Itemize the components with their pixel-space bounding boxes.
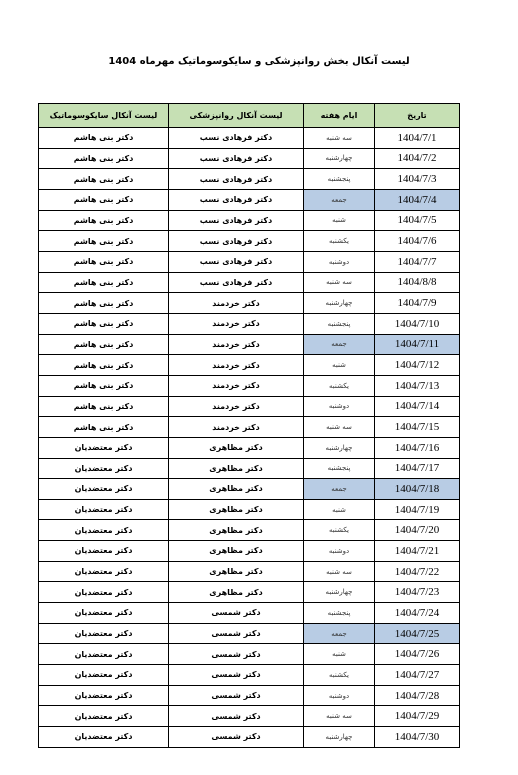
psychiatry-doctor-cell: دکتر مظاهری [169,437,304,458]
date-cell: 1404/7/3 [375,169,460,190]
table-row: 1404/7/30چهارشنبهدکتر شمسیدکتر معتضدیان [39,727,460,748]
table-row: 1404/7/17پنجشنبهدکتر مظاهریدکتر معتضدیان [39,458,460,479]
table-row: 1404/7/11جمعهدکتر خردمنددکتر بنی هاشم [39,334,460,355]
psychiatry-doctor-cell: دکتر شمسی [169,685,304,706]
psychiatry-doctor-cell: دکتر مظاهری [169,499,304,520]
psychosomatic-doctor-cell: دکتر بنی هاشم [39,293,169,314]
date-cell: 1404/7/27 [375,665,460,686]
psychosomatic-doctor-cell: دکتر معتضدیان [39,603,169,624]
date-cell: 1404/7/30 [375,727,460,748]
psychiatry-doctor-cell: دکتر شمسی [169,644,304,665]
psychiatry-doctor-cell: دکتر شمسی [169,603,304,624]
table-row: 1404/7/16چهارشنبهدکتر مظاهریدکتر معتضدیا… [39,437,460,458]
weekday-cell: یکشنبه [304,665,375,686]
weekday-cell: چهارشنبه [304,148,375,169]
weekday-cell: سه شنبه [304,272,375,293]
psychosomatic-doctor-cell: دکتر معتضدیان [39,582,169,603]
date-cell: 1404/7/2 [375,148,460,169]
weekday-cell: پنجشنبه [304,169,375,190]
psychiatry-doctor-cell: دکتر فرهادی نسب [169,189,304,210]
date-cell: 1404/7/21 [375,541,460,562]
date-cell: 1404/7/12 [375,355,460,376]
weekday-cell: شنبه [304,644,375,665]
psychiatry-doctor-cell: دکتر فرهادی نسب [169,251,304,272]
psychosomatic-doctor-cell: دکتر معتضدیان [39,561,169,582]
psychosomatic-doctor-cell: دکتر بنی هاشم [39,128,169,149]
psychiatry-doctor-cell: دکتر شمسی [169,706,304,727]
header-weekday: ایام هفته [304,104,375,128]
table-row: 1404/7/26شنبهدکتر شمسیدکتر معتضدیان [39,644,460,665]
weekday-cell: یکشنبه [304,231,375,252]
psychosomatic-doctor-cell: دکتر بنی هاشم [39,148,169,169]
psychosomatic-doctor-cell: دکتر بنی هاشم [39,334,169,355]
psychiatry-doctor-cell: دکتر مظاهری [169,582,304,603]
psychosomatic-doctor-cell: دکتر معتضدیان [39,458,169,479]
date-cell: 1404/7/13 [375,375,460,396]
date-cell: 1404/7/22 [375,561,460,582]
table-row: 1404/8/8سه شنبهدکتر فرهادی نسبدکتر بنی ه… [39,272,460,293]
date-cell: 1404/7/26 [375,644,460,665]
date-cell: 1404/7/5 [375,210,460,231]
date-cell: 1404/7/19 [375,499,460,520]
psychiatry-doctor-cell: دکتر مظاهری [169,458,304,479]
date-cell: 1404/7/15 [375,417,460,438]
psychosomatic-doctor-cell: دکتر معتضدیان [39,623,169,644]
psychiatry-doctor-cell: دکتر فرهادی نسب [169,231,304,252]
psychiatry-doctor-cell: دکتر خردمند [169,293,304,314]
psychosomatic-doctor-cell: دکتر بنی هاشم [39,231,169,252]
psychiatry-doctor-cell: دکتر مظاهری [169,479,304,500]
weekday-cell: دوشنبه [304,685,375,706]
table-row: 1404/7/24پنجشنبهدکتر شمسیدکتر معتضدیان [39,603,460,624]
psychosomatic-doctor-cell: دکتر معتضدیان [39,520,169,541]
weekday-cell: جمعه [304,189,375,210]
psychosomatic-doctor-cell: دکتر بنی هاشم [39,272,169,293]
date-cell: 1404/7/14 [375,396,460,417]
psychosomatic-doctor-cell: دکتر معتضدیان [39,644,169,665]
weekday-cell: شنبه [304,210,375,231]
psychosomatic-doctor-cell: دکتر بنی هاشم [39,210,169,231]
weekday-cell: سه شنبه [304,706,375,727]
psychosomatic-doctor-cell: دکتر معتضدیان [39,541,169,562]
table-row: 1404/7/15سه شنبهدکتر خردمنددکتر بنی هاشم [39,417,460,438]
psychosomatic-doctor-cell: دکتر بنی هاشم [39,251,169,272]
table-row: 1404/7/9چهارشنبهدکتر خردمنددکتر بنی هاشم [39,293,460,314]
table-row: 1404/7/20یکشنبهدکتر مظاهریدکتر معتضدیان [39,520,460,541]
date-cell: 1404/7/7 [375,251,460,272]
psychosomatic-doctor-cell: دکتر معتضدیان [39,706,169,727]
table-row: 1404/7/1سه شنبهدکتر فرهادی نسبدکتر بنی ه… [39,128,460,149]
table-row: 1404/7/29سه شنبهدکتر شمسیدکتر معتضدیان [39,706,460,727]
header-date: تاریخ [375,104,460,128]
date-cell: 1404/7/23 [375,582,460,603]
psychiatry-doctor-cell: دکتر خردمند [169,396,304,417]
page-title: لیست آنکال بخش روانپزشکی و سایکوسوماتیک … [0,55,518,69]
table-row: 1404/7/12شنبهدکتر خردمنددکتر بنی هاشم [39,355,460,376]
date-cell: 1404/7/4 [375,189,460,210]
psychiatry-doctor-cell: دکتر فرهادی نسب [169,128,304,149]
table-row: 1404/7/21دوشنبهدکتر مظاهریدکتر معتضدیان [39,541,460,562]
psychosomatic-doctor-cell: دکتر معتضدیان [39,665,169,686]
date-cell: 1404/7/28 [375,685,460,706]
psychosomatic-doctor-cell: دکتر معتضدیان [39,499,169,520]
weekday-cell: جمعه [304,623,375,644]
weekday-cell: سه شنبه [304,417,375,438]
date-cell: 1404/7/16 [375,437,460,458]
table-row: 1404/7/22سه شنبهدکتر مظاهریدکتر معتضدیان [39,561,460,582]
table-row: 1404/7/25جمعهدکتر شمسیدکتر معتضدیان [39,623,460,644]
weekday-cell: سه شنبه [304,128,375,149]
psychosomatic-doctor-cell: دکتر بنی هاشم [39,375,169,396]
date-cell: 1404/7/20 [375,520,460,541]
psychiatry-doctor-cell: دکتر خردمند [169,334,304,355]
weekday-cell: دوشنبه [304,396,375,417]
psychiatry-doctor-cell: دکتر خردمند [169,375,304,396]
table-row: 1404/7/3پنجشنبهدکتر فرهادی نسبدکتر بنی ه… [39,169,460,190]
table-row: 1404/7/2چهارشنبهدکتر فرهادی نسبدکتر بنی … [39,148,460,169]
psychosomatic-doctor-cell: دکتر معتضدیان [39,479,169,500]
psychiatry-doctor-cell: دکتر خردمند [169,313,304,334]
date-cell: 1404/7/17 [375,458,460,479]
weekday-cell: سه شنبه [304,561,375,582]
psychosomatic-doctor-cell: دکتر بنی هاشم [39,417,169,438]
psychiatry-doctor-cell: دکتر مظاهری [169,520,304,541]
weekday-cell: یکشنبه [304,520,375,541]
table-header-row: تاریخ ایام هفته لیست آنکال روانپزشکی لیس… [39,104,460,128]
date-cell: 1404/7/25 [375,623,460,644]
date-cell: 1404/7/10 [375,313,460,334]
psychosomatic-doctor-cell: دکتر بنی هاشم [39,396,169,417]
psychosomatic-doctor-cell: دکتر معتضدیان [39,685,169,706]
psychiatry-doctor-cell: دکتر فرهادی نسب [169,210,304,231]
table-row: 1404/7/18جمعهدکتر مظاهریدکتر معتضدیان [39,479,460,500]
psychosomatic-doctor-cell: دکتر بنی هاشم [39,355,169,376]
weekday-cell: چهارشنبه [304,727,375,748]
table-row: 1404/7/6یکشنبهدکتر فرهادی نسبدکتر بنی ها… [39,231,460,252]
weekday-cell: شنبه [304,499,375,520]
weekday-cell: یکشنبه [304,375,375,396]
table-row: 1404/7/4جمعهدکتر فرهادی نسبدکتر بنی هاشم [39,189,460,210]
table-row: 1404/7/7دوشنبهدکتر فرهادی نسبدکتر بنی ها… [39,251,460,272]
header-psychiatry-oncall: لیست آنکال روانپزشکی [169,104,304,128]
oncall-schedule-table: تاریخ ایام هفته لیست آنکال روانپزشکی لیس… [38,103,460,748]
weekday-cell: چهارشنبه [304,293,375,314]
table-row: 1404/7/13یکشنبهدکتر خردمنددکتر بنی هاشم [39,375,460,396]
psychiatry-doctor-cell: دکتر مظاهری [169,541,304,562]
psychiatry-doctor-cell: دکتر فرهادی نسب [169,272,304,293]
table-body: 1404/7/1سه شنبهدکتر فرهادی نسبدکتر بنی ه… [39,128,460,748]
psychiatry-doctor-cell: دکتر شمسی [169,623,304,644]
psychosomatic-doctor-cell: دکتر معتضدیان [39,437,169,458]
date-cell: 1404/7/1 [375,128,460,149]
table-row: 1404/7/14دوشنبهدکتر خردمنددکتر بنی هاشم [39,396,460,417]
weekday-cell: پنجشنبه [304,603,375,624]
psychosomatic-doctor-cell: دکتر بنی هاشم [39,169,169,190]
date-cell: 1404/7/24 [375,603,460,624]
psychosomatic-doctor-cell: دکتر بنی هاشم [39,313,169,334]
psychosomatic-doctor-cell: دکتر معتضدیان [39,727,169,748]
date-cell: 1404/7/18 [375,479,460,500]
header-psychosomatic-oncall: لیست آنکال سایکوسوماتیک [39,104,169,128]
weekday-cell: پنجشنبه [304,313,375,334]
weekday-cell: پنجشنبه [304,458,375,479]
table-row: 1404/7/19شنبهدکتر مظاهریدکتر معتضدیان [39,499,460,520]
psychiatry-doctor-cell: دکتر فرهادی نسب [169,169,304,190]
psychiatry-doctor-cell: دکتر شمسی [169,727,304,748]
weekday-cell: چهارشنبه [304,582,375,603]
psychiatry-doctor-cell: دکتر شمسی [169,665,304,686]
psychiatry-doctor-cell: دکتر فرهادی نسب [169,148,304,169]
date-cell: 1404/7/6 [375,231,460,252]
weekday-cell: جمعه [304,334,375,355]
weekday-cell: دوشنبه [304,251,375,272]
weekday-cell: شنبه [304,355,375,376]
table-row: 1404/7/27یکشنبهدکتر شمسیدکتر معتضدیان [39,665,460,686]
table-row: 1404/7/23چهارشنبهدکتر مظاهریدکتر معتضدیا… [39,582,460,603]
date-cell: 1404/7/29 [375,706,460,727]
date-cell: 1404/8/8 [375,272,460,293]
psychiatry-doctor-cell: دکتر مظاهری [169,561,304,582]
table-row: 1404/7/5شنبهدکتر فرهادی نسبدکتر بنی هاشم [39,210,460,231]
weekday-cell: جمعه [304,479,375,500]
psychiatry-doctor-cell: دکتر خردمند [169,417,304,438]
weekday-cell: چهارشنبه [304,437,375,458]
date-cell: 1404/7/9 [375,293,460,314]
weekday-cell: دوشنبه [304,541,375,562]
psychiatry-doctor-cell: دکتر خردمند [169,355,304,376]
table-row: 1404/7/28دوشنبهدکتر شمسیدکتر معتضدیان [39,685,460,706]
table-row: 1404/7/10پنجشنبهدکتر خردمنددکتر بنی هاشم [39,313,460,334]
psychosomatic-doctor-cell: دکتر بنی هاشم [39,189,169,210]
date-cell: 1404/7/11 [375,334,460,355]
